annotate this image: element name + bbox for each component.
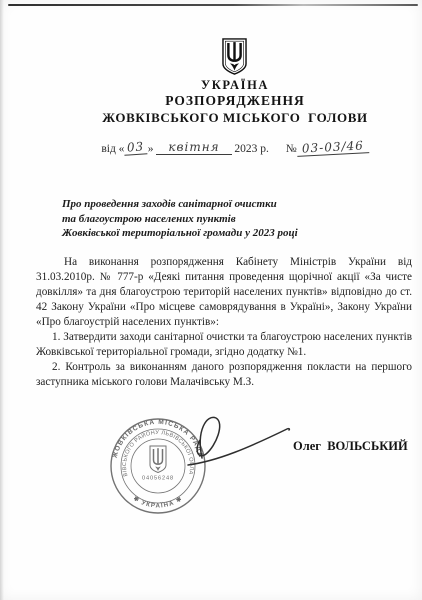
order-item-1: 1. Затвердити заходи санітарної очистки … [36, 330, 412, 360]
number-label: № [286, 143, 297, 155]
document-type-title: РОЗПОРЯДЖЕННЯ [48, 93, 422, 109]
country-title: УКРАЇНА [48, 78, 422, 93]
date-close-quote: » [148, 143, 154, 155]
scan-edge-shadow [0, 0, 4, 600]
date-prefix: від « [101, 143, 124, 155]
date-number-line: від «03» квітня 2023 р. №03-03/46 [48, 141, 422, 156]
document-page: УКРАЇНА РОЗПОРЯДЖЕННЯ ЖОВКІВСЬКОГО МІСЬК… [0, 0, 422, 600]
subject-block: Про проведення заходів санітарної очистк… [62, 197, 382, 241]
subject-line-1: Про проведення заходів санітарної очистк… [62, 197, 382, 212]
preamble-paragraph: На виконання розпорядження Кабінету Міні… [36, 255, 412, 330]
svg-text:✱ УКРАЇНА ✱: ✱ УКРАЇНА ✱ [132, 495, 184, 509]
stamp-bottom-arc-text: ✱ УКРАЇНА ✱ [132, 495, 184, 509]
handwritten-number: 03-03/46 [296, 138, 369, 157]
subject-line-2: та благоустрою населених пунктів [62, 212, 382, 227]
handwritten-day: 03 [124, 139, 148, 156]
ukraine-tryzub-icon [221, 37, 248, 76]
scan-artifact-line [8, 4, 418, 6]
signature [150, 408, 310, 478]
signer-name: Олег ВОЛЬСЬКИЙ [293, 439, 408, 454]
handwritten-month: квітня [156, 140, 231, 155]
date-year: 2023 р. [234, 143, 269, 155]
issuer-title: ЖОВКІВСЬКОГО МІСЬКОГО ГОЛОВИ [48, 110, 422, 126]
order-item-2: 2. Контроль за виконанням даного розпоря… [36, 360, 412, 390]
subject-line-3: Жовківської територіальної громади у 202… [62, 226, 382, 241]
document-body: На виконання розпорядження Кабінету Міні… [36, 255, 412, 390]
